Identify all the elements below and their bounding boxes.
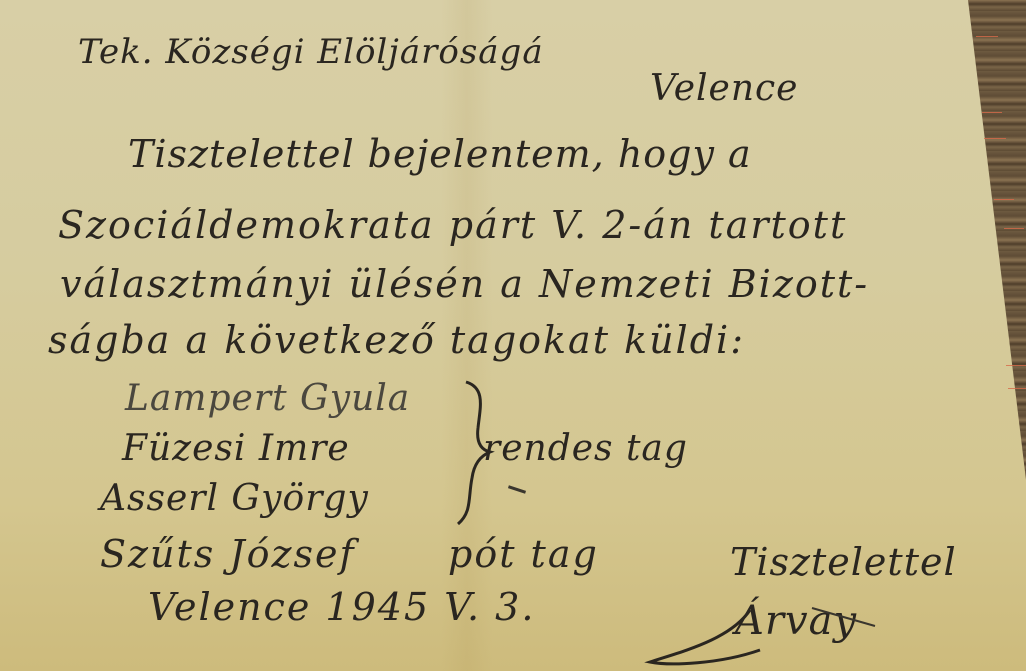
member-1: Lampert Gyula xyxy=(125,378,410,419)
addressee-line: Tek. Községi Elöljáróságá xyxy=(78,32,544,72)
alternate-member: Szűts József xyxy=(100,532,356,576)
paper-edge-mark xyxy=(1004,228,1024,229)
paper-edge-mark xyxy=(1008,388,1026,389)
place-date: Velence 1945 V. 3. xyxy=(148,585,535,629)
body-line-3: választmányi ülésén a Nemzeti Bizott- xyxy=(60,262,869,306)
body-line-4: ságba a következő tagokat küldi: xyxy=(48,318,745,362)
closing-salutation: Tisztelettel xyxy=(730,540,957,584)
header-place: Velence xyxy=(650,68,798,109)
paper-edge-mark xyxy=(976,36,998,37)
signature-flourish xyxy=(640,590,900,671)
body-line-1: Tisztelettel bejelentem, hogy a xyxy=(128,132,752,176)
body-line-2: Szociáldemokrata párt V. 2-án tartott xyxy=(58,203,847,247)
paper-edge-mark xyxy=(982,112,1002,113)
member-2: Füzesi Imre xyxy=(122,428,350,469)
paper-edge-mark xyxy=(994,199,1014,200)
paper-edge-mark xyxy=(1006,365,1026,366)
regular-member-label: rendes tag xyxy=(483,428,688,469)
member-3: Asserl György xyxy=(100,478,369,519)
alternate-member-label: pót tag xyxy=(448,532,599,576)
paper-edge-mark xyxy=(984,138,1006,139)
